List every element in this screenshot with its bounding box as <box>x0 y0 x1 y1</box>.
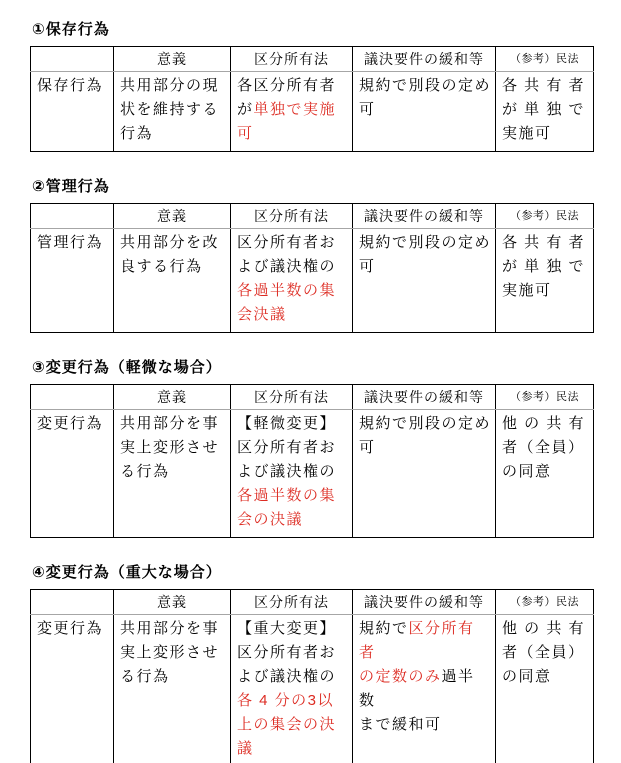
header-resolution-relaxation: 議決要件の緩和等 <box>353 47 496 72</box>
cell-meaning: 共用部分を事 実上変形させ る行為 <box>114 615 231 763</box>
cell-resolution-relaxation: 規約で別段の定め 可 <box>353 72 496 152</box>
preservation-acts-table: 意義 区分所有法 議決要件の緩和等 （参考）民法 保存行為 共用部分の現 状を維… <box>30 46 594 152</box>
cell-text: 区分所有者お よび議決権の <box>237 234 336 275</box>
section-title: ②管理行為 <box>32 177 593 196</box>
header-meaning: 意義 <box>114 385 231 410</box>
header-civil-code-ref: （参考）民法 <box>496 590 594 615</box>
header-blank <box>31 204 114 229</box>
header-blank <box>31 47 114 72</box>
cell-text: 規約で <box>359 620 409 637</box>
table-row: 変更行為 共用部分を事 実上変形させ る行為 【重大変更】 区分所有者お よび議… <box>31 615 594 763</box>
cell-resolution-relaxation: 規約で区分所有者 の定数のみ過半数 まで緩和可 <box>353 615 496 763</box>
section-title: ③変更行為（軽微な場合） <box>32 358 593 377</box>
header-blank <box>31 385 114 410</box>
header-resolution-relaxation: 議決要件の緩和等 <box>353 590 496 615</box>
header-kubun-shoyu-law: 区分所有法 <box>231 590 353 615</box>
cell-text: 【軽微変更】 区分所有者お よび議決権の <box>237 415 336 480</box>
cell-civil-code-ref: 各 共 有 者 が 単 独 で 実施可 <box>496 72 594 152</box>
cell-text: 他 の 共 有 者（全員） の同意 <box>502 620 585 685</box>
header-resolution-relaxation: 議決要件の緩和等 <box>353 204 496 229</box>
highlighted-red-text: 各 4 分の3以 上の集会の決 議 <box>237 692 336 757</box>
cell-civil-code-ref: 他 の 共 有 者（全員） の同意 <box>496 410 594 538</box>
section-management-acts: ②管理行為 意義 区分所有法 議決要件の緩和等 （参考）民法 管理行為 共用部分… <box>30 177 593 333</box>
header-row: 意義 区分所有法 議決要件の緩和等 （参考）民法 <box>31 204 594 229</box>
cell-act-type: 変更行為 <box>31 410 114 538</box>
header-kubun-shoyu-law: 区分所有法 <box>231 385 353 410</box>
header-meaning: 意義 <box>114 47 231 72</box>
cell-meaning: 共用部分を改 良する行為 <box>114 229 231 333</box>
cell-meaning: 共用部分を事 実上変形させ る行為 <box>114 410 231 538</box>
header-kubun-shoyu-law: 区分所有法 <box>231 47 353 72</box>
header-kubun-shoyu-law: 区分所有法 <box>231 204 353 229</box>
cell-kubun-shoyu-law: 【重大変更】 区分所有者お よび議決権の 各 4 分の3以 上の集会の決 議 <box>231 615 353 763</box>
cell-act-type: 管理行為 <box>31 229 114 333</box>
header-meaning: 意義 <box>114 204 231 229</box>
cell-resolution-relaxation: 規約で別段の定め 可 <box>353 410 496 538</box>
cell-resolution-relaxation: 規約で別段の定め 可 <box>353 229 496 333</box>
cell-text: 規約で別段の定め 可 <box>359 415 491 456</box>
minor-change-acts-table: 意義 区分所有法 議決要件の緩和等 （参考）民法 変更行為 共用部分を事 実上変… <box>30 384 594 538</box>
highlighted-red-text: 各過半数の集 会決議 <box>237 282 336 323</box>
major-change-acts-table: 意義 区分所有法 議決要件の緩和等 （参考）民法 変更行為 共用部分を事 実上変… <box>30 589 594 763</box>
header-civil-code-ref: （参考）民法 <box>496 204 594 229</box>
cell-act-type: 保存行為 <box>31 72 114 152</box>
cell-text: 共用部分の現 状を維持する 行為 <box>120 77 219 142</box>
cell-meaning: 共用部分の現 状を維持する 行為 <box>114 72 231 152</box>
section-minor-change-acts: ③変更行為（軽微な場合） 意義 区分所有法 議決要件の緩和等 （参考）民法 変更… <box>30 358 593 538</box>
cell-text: 【重大変更】 区分所有者お よび議決権の <box>237 620 336 685</box>
highlighted-red-text: 各過半数の集 会の決議 <box>237 487 336 528</box>
cell-text: 共用部分を事 実上変形させ る行為 <box>120 620 219 685</box>
section-major-change-acts: ④変更行為（重大な場合） 意義 区分所有法 議決要件の緩和等 （参考）民法 変更… <box>30 563 593 763</box>
header-meaning: 意義 <box>114 590 231 615</box>
cell-kubun-shoyu-law: 【軽微変更】 区分所有者お よび議決権の 各過半数の集 会の決議 <box>231 410 353 538</box>
section-title: ①保存行為 <box>32 20 593 39</box>
section-preservation-acts: ①保存行為 意義 区分所有法 議決要件の緩和等 （参考）民法 保存行為 共用部分… <box>30 20 593 152</box>
header-civil-code-ref: （参考）民法 <box>496 47 594 72</box>
header-resolution-relaxation: 議決要件の緩和等 <box>353 385 496 410</box>
cell-kubun-shoyu-law: 各区分所有者 が単独で実施 可 <box>231 72 353 152</box>
section-title: ④変更行為（重大な場合） <box>32 563 593 582</box>
management-acts-table: 意義 区分所有法 議決要件の緩和等 （参考）民法 管理行為 共用部分を改 良する… <box>30 203 594 333</box>
cell-civil-code-ref: 各 共 有 者 が 単 独 で 実施可 <box>496 229 594 333</box>
table-row: 変更行為 共用部分を事 実上変形させ る行為 【軽微変更】 区分所有者お よび議… <box>31 410 594 538</box>
cell-act-type: 変更行為 <box>31 615 114 763</box>
cell-text: 共用部分を事 実上変形させ る行為 <box>120 415 219 480</box>
header-blank <box>31 590 114 615</box>
header-row: 意義 区分所有法 議決要件の緩和等 （参考）民法 <box>31 47 594 72</box>
cell-text: 規約で別段の定め 可 <box>359 77 491 118</box>
cell-text: 共用部分を改 良する行為 <box>120 234 219 275</box>
table-row: 管理行為 共用部分を改 良する行為 区分所有者お よび議決権の 各過半数の集 会… <box>31 229 594 333</box>
cell-civil-code-ref: 他 の 共 有 者（全員） の同意 <box>496 615 594 763</box>
cell-text: 各 共 有 者 が 単 独 で 実施可 <box>502 77 585 142</box>
cell-text: 各 共 有 者 が 単 独 で 実施可 <box>502 234 585 299</box>
cell-text: 他 の 共 有 者（全員） の同意 <box>502 415 585 480</box>
table-row: 保存行為 共用部分の現 状を維持する 行為 各区分所有者 が単独で実施 可 規約… <box>31 72 594 152</box>
cell-text: 規約で別段の定め 可 <box>359 234 491 275</box>
header-row: 意義 区分所有法 議決要件の緩和等 （参考）民法 <box>31 590 594 615</box>
header-civil-code-ref: （参考）民法 <box>496 385 594 410</box>
header-row: 意義 区分所有法 議決要件の緩和等 （参考）民法 <box>31 385 594 410</box>
cell-kubun-shoyu-law: 区分所有者お よび議決権の 各過半数の集 会決議 <box>231 229 353 333</box>
document-page: ①保存行為 意義 区分所有法 議決要件の緩和等 （参考）民法 保存行為 共用部分… <box>0 0 621 763</box>
